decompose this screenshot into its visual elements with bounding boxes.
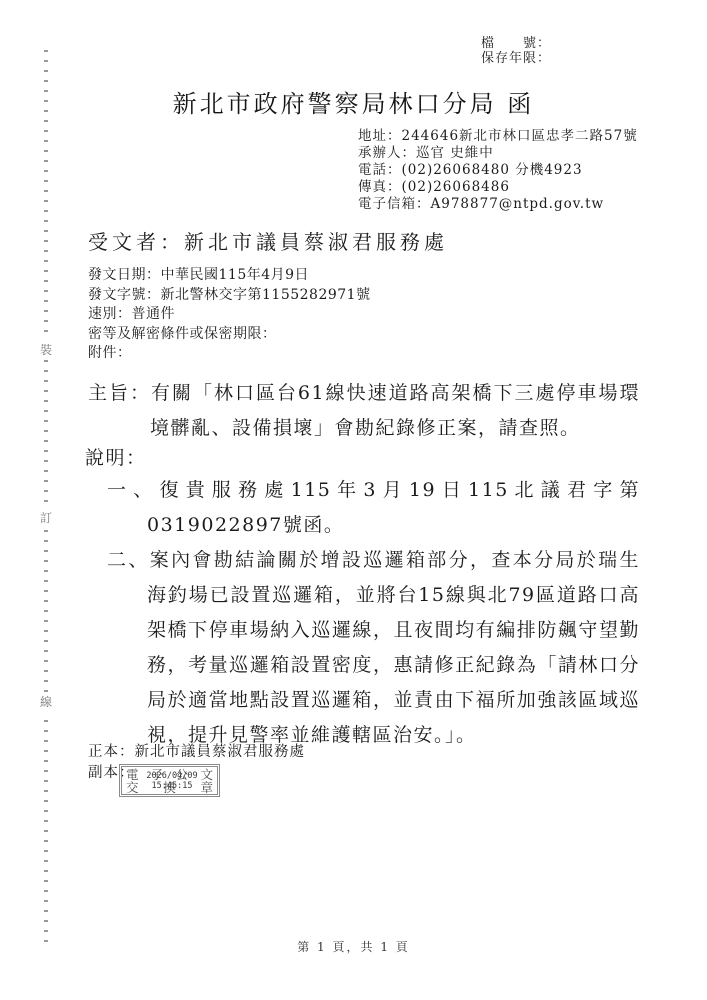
- description-item-1: 一、復貴服務處115年3月19日115北議君字第0319022897號函。: [107, 473, 640, 543]
- issue-doc-number: 發文字號：新北警林交字第1155282971號: [88, 286, 371, 306]
- page-number: 第 1 頁，共 1 頁: [0, 938, 707, 955]
- stamp-date: 2026/04/09: [132, 771, 212, 781]
- speed-class: 速別：普通件: [88, 305, 371, 325]
- document-page: 裝 訂 線 檔 號： 保存年限： 新北市政府警察局林口分局 函 地址：24464…: [0, 0, 707, 1000]
- file-number-label: 檔 號：: [481, 36, 551, 51]
- sender-handler: 承辦人：巡官 史維中: [358, 145, 638, 162]
- binding-mark-ding: 訂: [38, 508, 54, 528]
- subject-paragraph: 主旨：有關「林口區台61線快速道路高架橋下三處停車場環境髒亂、設備損壞」會勘紀錄…: [88, 376, 640, 446]
- sender-phone: 電話：(02)26068480 分機4923: [358, 162, 638, 179]
- description-items: 一、復貴服務處115年3月19日115北議君字第0319022897號函。 二、…: [107, 473, 640, 753]
- issuing-meta-block: 發文日期：中華民國115年4月9日 發文字號：新北警林交字第1155282971…: [88, 266, 371, 364]
- subject-label: 主旨：: [88, 382, 151, 404]
- recipient-line: 受文者：新北市議員蔡淑君服務處: [88, 226, 448, 255]
- binding-mark-xian: 線: [38, 692, 54, 712]
- electronic-exchange-stamp: 電 子 公 文 交 換 章 2026/04/09 15:45:15: [119, 764, 220, 797]
- description-item-2: 二、案內會勘結論關於增設巡邏箱部分，查本分局於瑞生海釣場已設置巡邏箱，並將台15…: [107, 543, 640, 753]
- sender-address: 地址：244646新北市林口區忠孝二路57號: [358, 128, 638, 145]
- item-1-text: 復貴服務處115年3月19日115北議君字第0319022897號函。: [147, 479, 640, 536]
- stamp-time: 15:45:15: [132, 781, 212, 791]
- sender-fax: 傳真：(02)26068486: [358, 179, 638, 196]
- item-2-text: 案內會勘結論關於增設巡邏箱部分，查本分局於瑞生海釣場已設置巡邏箱，並將台15線與…: [147, 549, 640, 746]
- item-2-marker: 二、: [107, 549, 150, 571]
- binding-dotted-line: [44, 50, 48, 946]
- sender-contact-block: 地址：244646新北市林口區忠孝二路57號 承辦人：巡官 史維中 電話：(02…: [358, 128, 638, 213]
- attachment-label: 附件：: [88, 344, 371, 364]
- retention-period-label: 保存年限：: [481, 51, 551, 66]
- binding-mark-zhuang: 裝: [38, 340, 54, 360]
- file-info-block: 檔 號： 保存年限：: [481, 36, 551, 66]
- issue-date: 發文日期：中華民國115年4月9日: [88, 266, 371, 286]
- document-title: 新北市政府警察局林口分局 函: [0, 84, 707, 119]
- security-class: 密等及解密條件或保密期限：: [88, 325, 371, 345]
- item-1-marker: 一、: [107, 479, 159, 501]
- sender-email: 電子信箱：A978877@ntpd.gov.tw: [358, 196, 638, 213]
- description-label: 說明：: [85, 443, 147, 470]
- subject-text: 有關「林口區台61線快速道路高架橋下三處停車場環境髒亂、設備損壞」會勘紀錄修正案…: [150, 382, 640, 439]
- original-copy-line: 正本：新北市議員蔡淑君服務處: [88, 742, 305, 763]
- stamp-datetime: 2026/04/09 15:45:15: [132, 771, 212, 791]
